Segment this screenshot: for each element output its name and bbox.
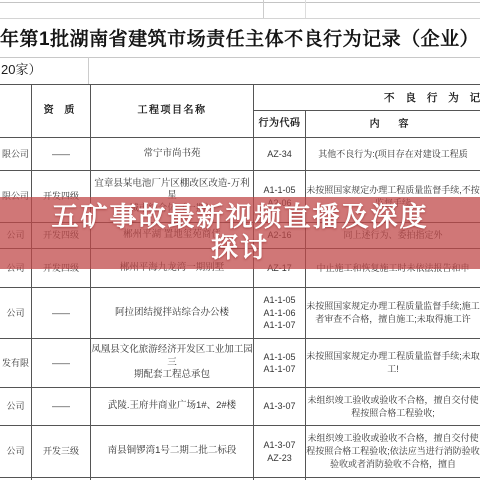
header-bad-behavior-record: 不 良 行 为 记 录	[253, 85, 480, 111]
project-cell: 南县铜锣湾1号二期二批二标段	[90, 426, 253, 478]
page-subtitle: 20家）	[1, 59, 41, 78]
header-qualification: 资 质	[31, 85, 90, 138]
table-row: 公司 开发三级 南县铜锣湾1号二期二批二标段 A1-3-07 AZ-23 未组织…	[0, 426, 480, 478]
content-cell: 未按照国家规定办理工程质量监督手续;施工 者审查不合格，擅自施工;未取得施工许	[305, 288, 480, 339]
table-row: 公司 —— 阿拉团结搅拌站综合办公楼 A1-1-05 A1-1-06 A1-1-…	[0, 288, 480, 339]
content-cell: 其他不良行为:(项目存在对建设工程质	[305, 138, 480, 171]
header-project: 工程项目名称	[90, 85, 253, 138]
company-cell: 公司	[0, 288, 31, 339]
page-title: 年第1批湖南省建筑市场责任主体不良行为记录（企业）	[0, 24, 480, 51]
screenshot-root: 年第1批湖南省建筑市场责任主体不良行为记录（企业） 20家） 资 质 工程项目名…	[0, 0, 480, 480]
gridline-vertical	[263, 0, 264, 18]
project-cell: 常宁市尚书苑	[90, 138, 253, 171]
gridline-horizontal	[0, 18, 480, 19]
code-cell: A1-3-07	[253, 388, 305, 426]
code-cell: A1-3-07 AZ-23	[253, 426, 305, 478]
gridline-vertical	[88, 57, 89, 84]
banner-title-line2: 探讨	[211, 233, 269, 264]
header-content: 内 容	[305, 111, 480, 138]
qualification-cell: ——	[31, 138, 90, 171]
gridline-horizontal	[0, 2, 480, 3]
qualification-cell: ——	[31, 288, 90, 339]
project-cell: 阿拉团结搅拌站综合办公楼	[90, 288, 253, 339]
code-cell: AZ-34	[253, 138, 305, 171]
header-behavior-code: 行为代码	[253, 111, 305, 138]
content-cell: 未组织竣工验收或验收不合格，擅自交付使 程按照合格工程验收;依法应当进行消防验收…	[305, 426, 480, 478]
company-cell: 发有限	[0, 339, 31, 388]
content-cell: 未组织竣工验收或验收不合格，擅自交付使 程按照合格工程验收;	[305, 388, 480, 426]
banner-title-line1: 五矿事故最新视频直播及深度	[52, 202, 429, 233]
company-cell: 公司	[0, 426, 31, 478]
table-row: 发有限 —— 凤凰县文化旅游经济开发区工业加工园三 期配套工程总承包 A1-1-…	[0, 339, 480, 388]
project-cell: 武陵.王府井商业广场1#、2#楼	[90, 388, 253, 426]
content-cell: 未按照国家规定办理工程质量监督手续;未取 工!	[305, 339, 480, 388]
company-cell: 限公司	[0, 138, 31, 171]
overlay-banner: 五矿事故最新视频直播及深度 探讨	[0, 197, 480, 269]
code-cell: A1-1-05 A1-1-06 A1-1-07	[253, 288, 305, 339]
gridline-vertical	[305, 0, 306, 18]
qualification-cell: ——	[31, 339, 90, 388]
code-cell: A1-1-05 A1-1-07	[253, 339, 305, 388]
records-table: 资 质 工程项目名称 不 良 行 为 记 录 行为代码 内 容 限公司 —— 常…	[0, 84, 480, 480]
table-header-row: 资 质 工程项目名称 不 良 行 为 记 录 行为代码 内 容	[0, 85, 480, 138]
project-cell: 凤凰县文化旅游经济开发区工业加工园三 期配套工程总承包	[90, 339, 253, 388]
header-record-group: 不 良 行 为 记 录 行为代码 内 容	[253, 85, 480, 138]
qualification-cell: ——	[31, 388, 90, 426]
table-row: 公司 —— 武陵.王府井商业广场1#、2#楼 A1-3-07 未组织竣工验收或验…	[0, 388, 480, 426]
company-cell: 公司	[0, 388, 31, 426]
table-row: 限公司 —— 常宁市尚书苑 AZ-34 其他不良行为:(项目存在对建设工程质	[0, 138, 480, 171]
gridline-horizontal	[0, 57, 480, 58]
header-empty-cell	[0, 85, 31, 138]
qualification-cell: 开发三级	[31, 426, 90, 478]
